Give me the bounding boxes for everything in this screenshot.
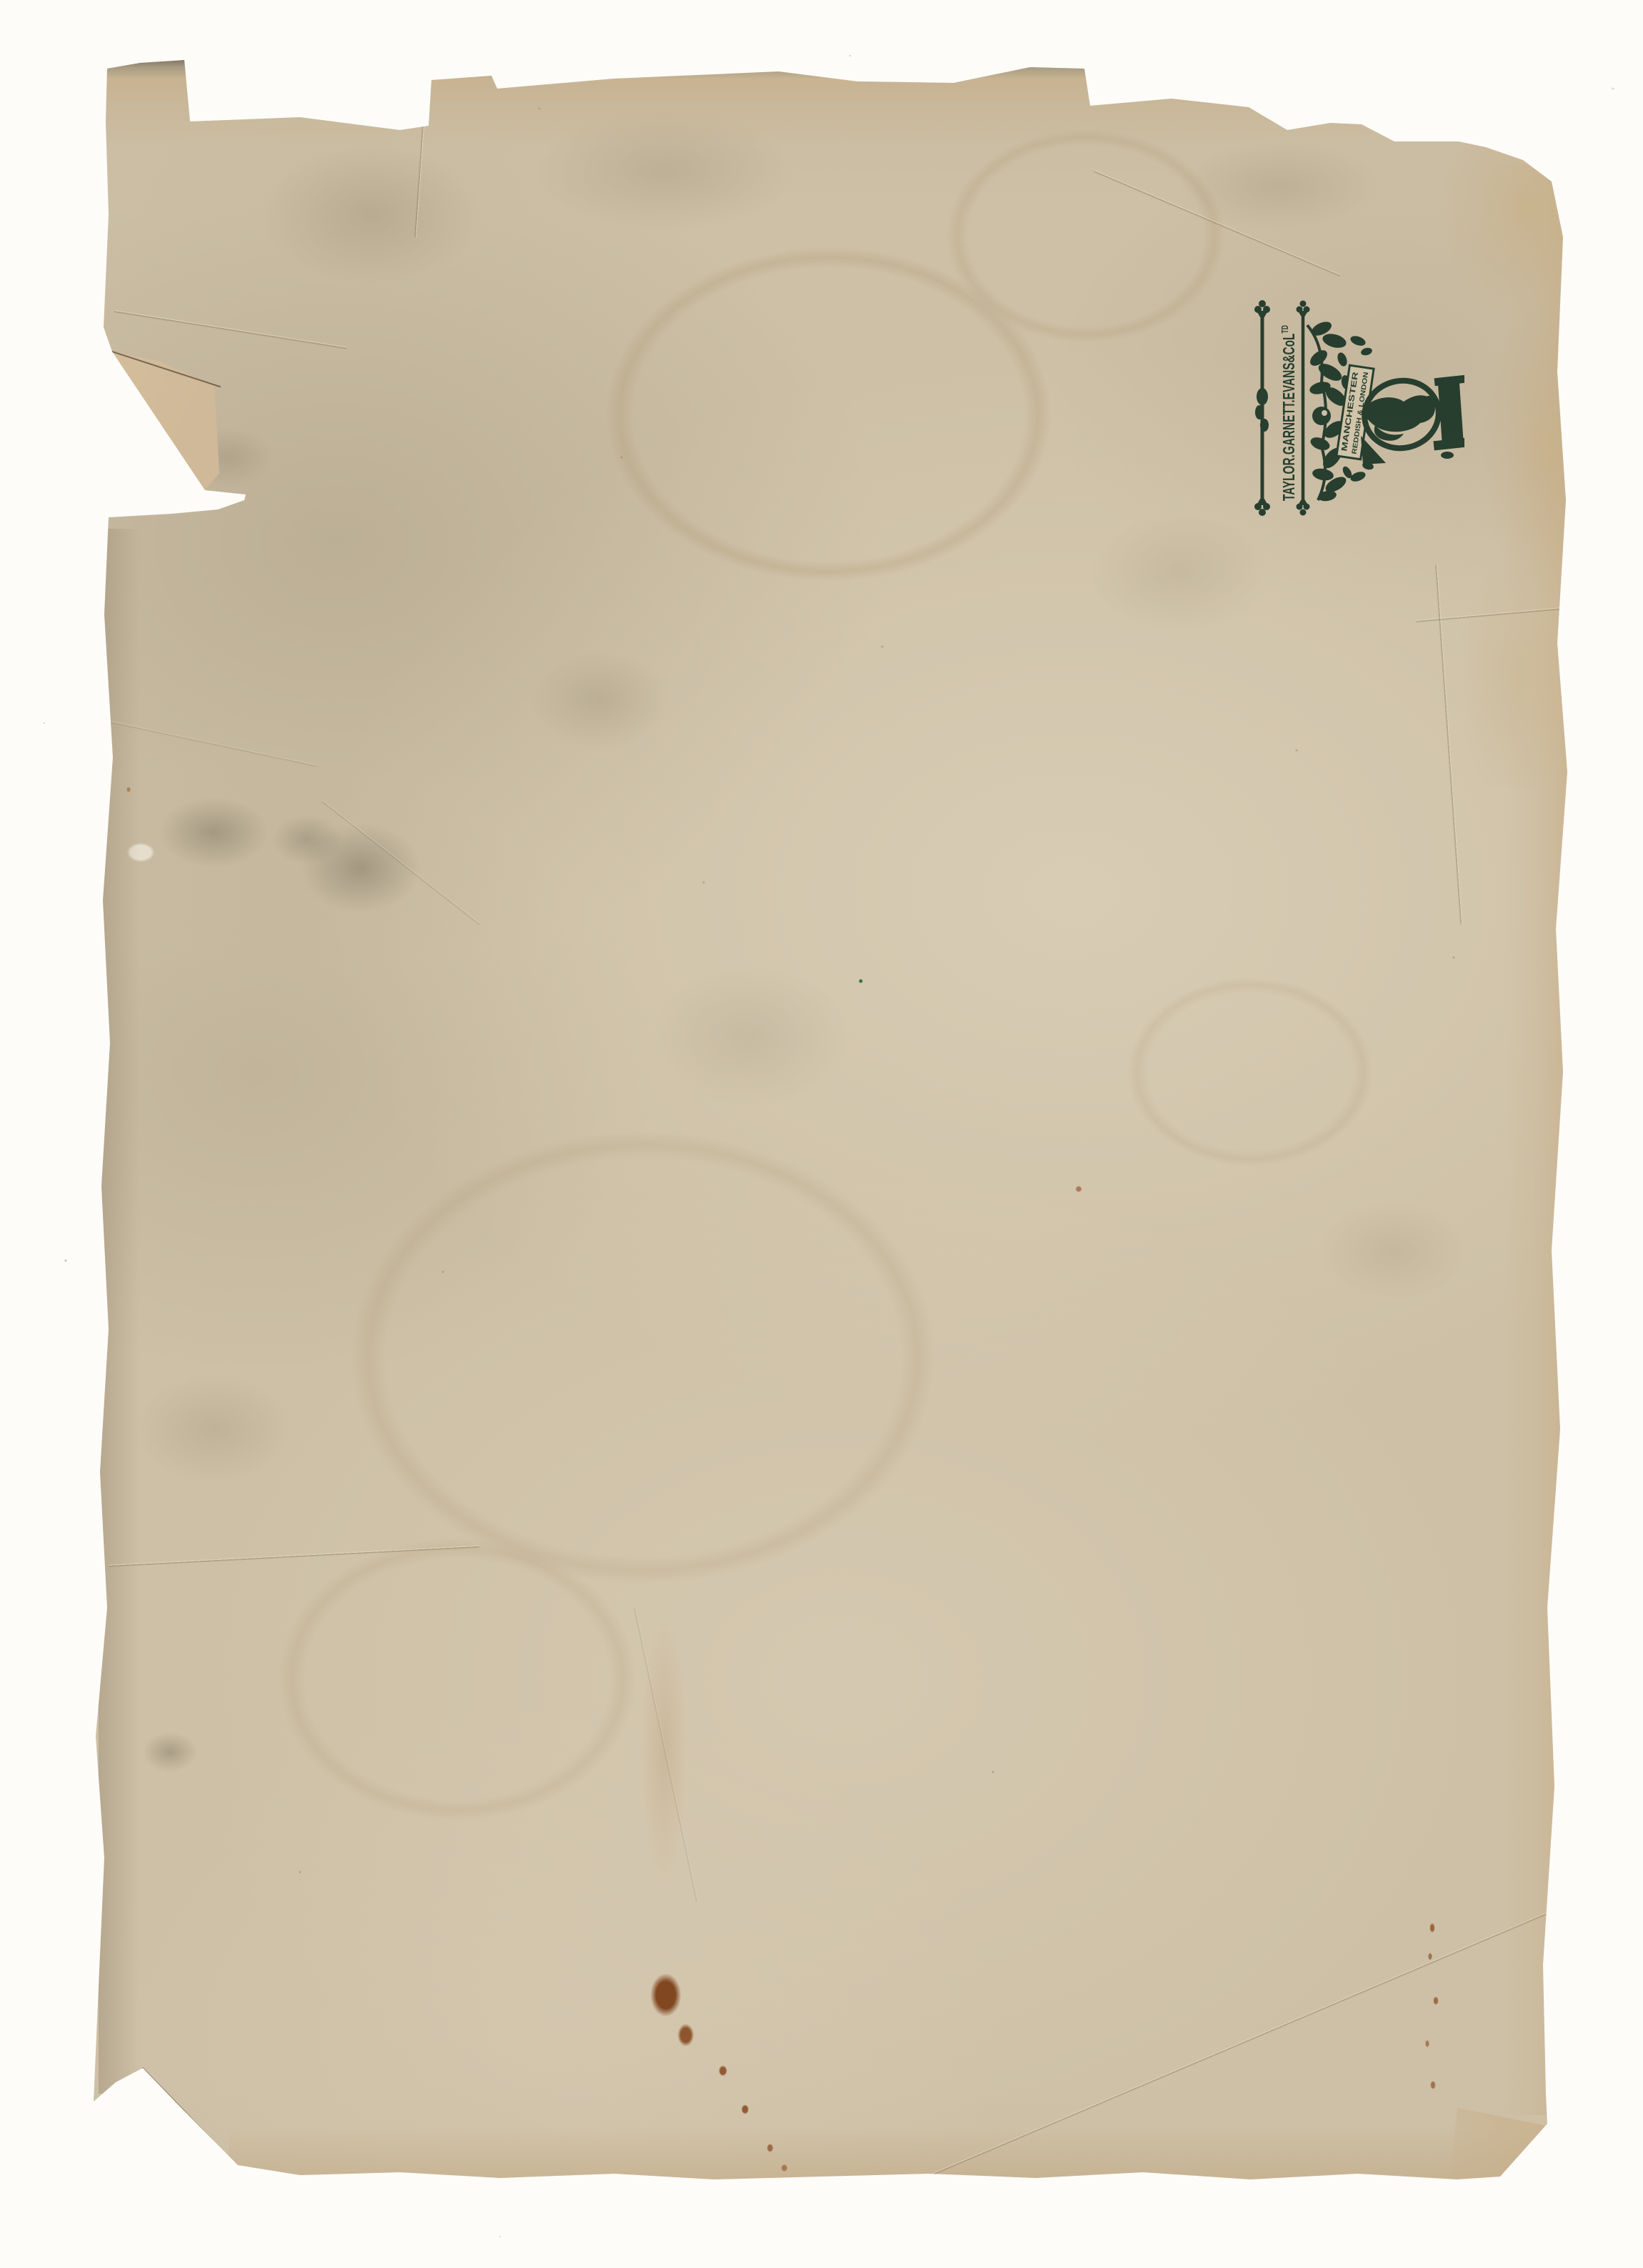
stamp-right-rule [1297,301,1310,516]
stamp-company-name: TAYLOR.GARNETT.EVANS&CoLTD [1279,325,1298,501]
left-edge-wear [99,529,140,2094]
printer-stamp: TAYLOR.GARNETT.EVANS&CoLTD [1250,297,1464,518]
top-edge-wear [93,59,1550,146]
stamp-left-rule [1254,300,1270,516]
scanner-bed-background: TAYLOR.GARNETT.EVANS&CoLTD [0,0,1643,2268]
bottom-edge-wear [229,2128,1550,2182]
paper-sheet: TAYLOR.GARNETT.EVANS&CoLTD [0,0,1643,2268]
